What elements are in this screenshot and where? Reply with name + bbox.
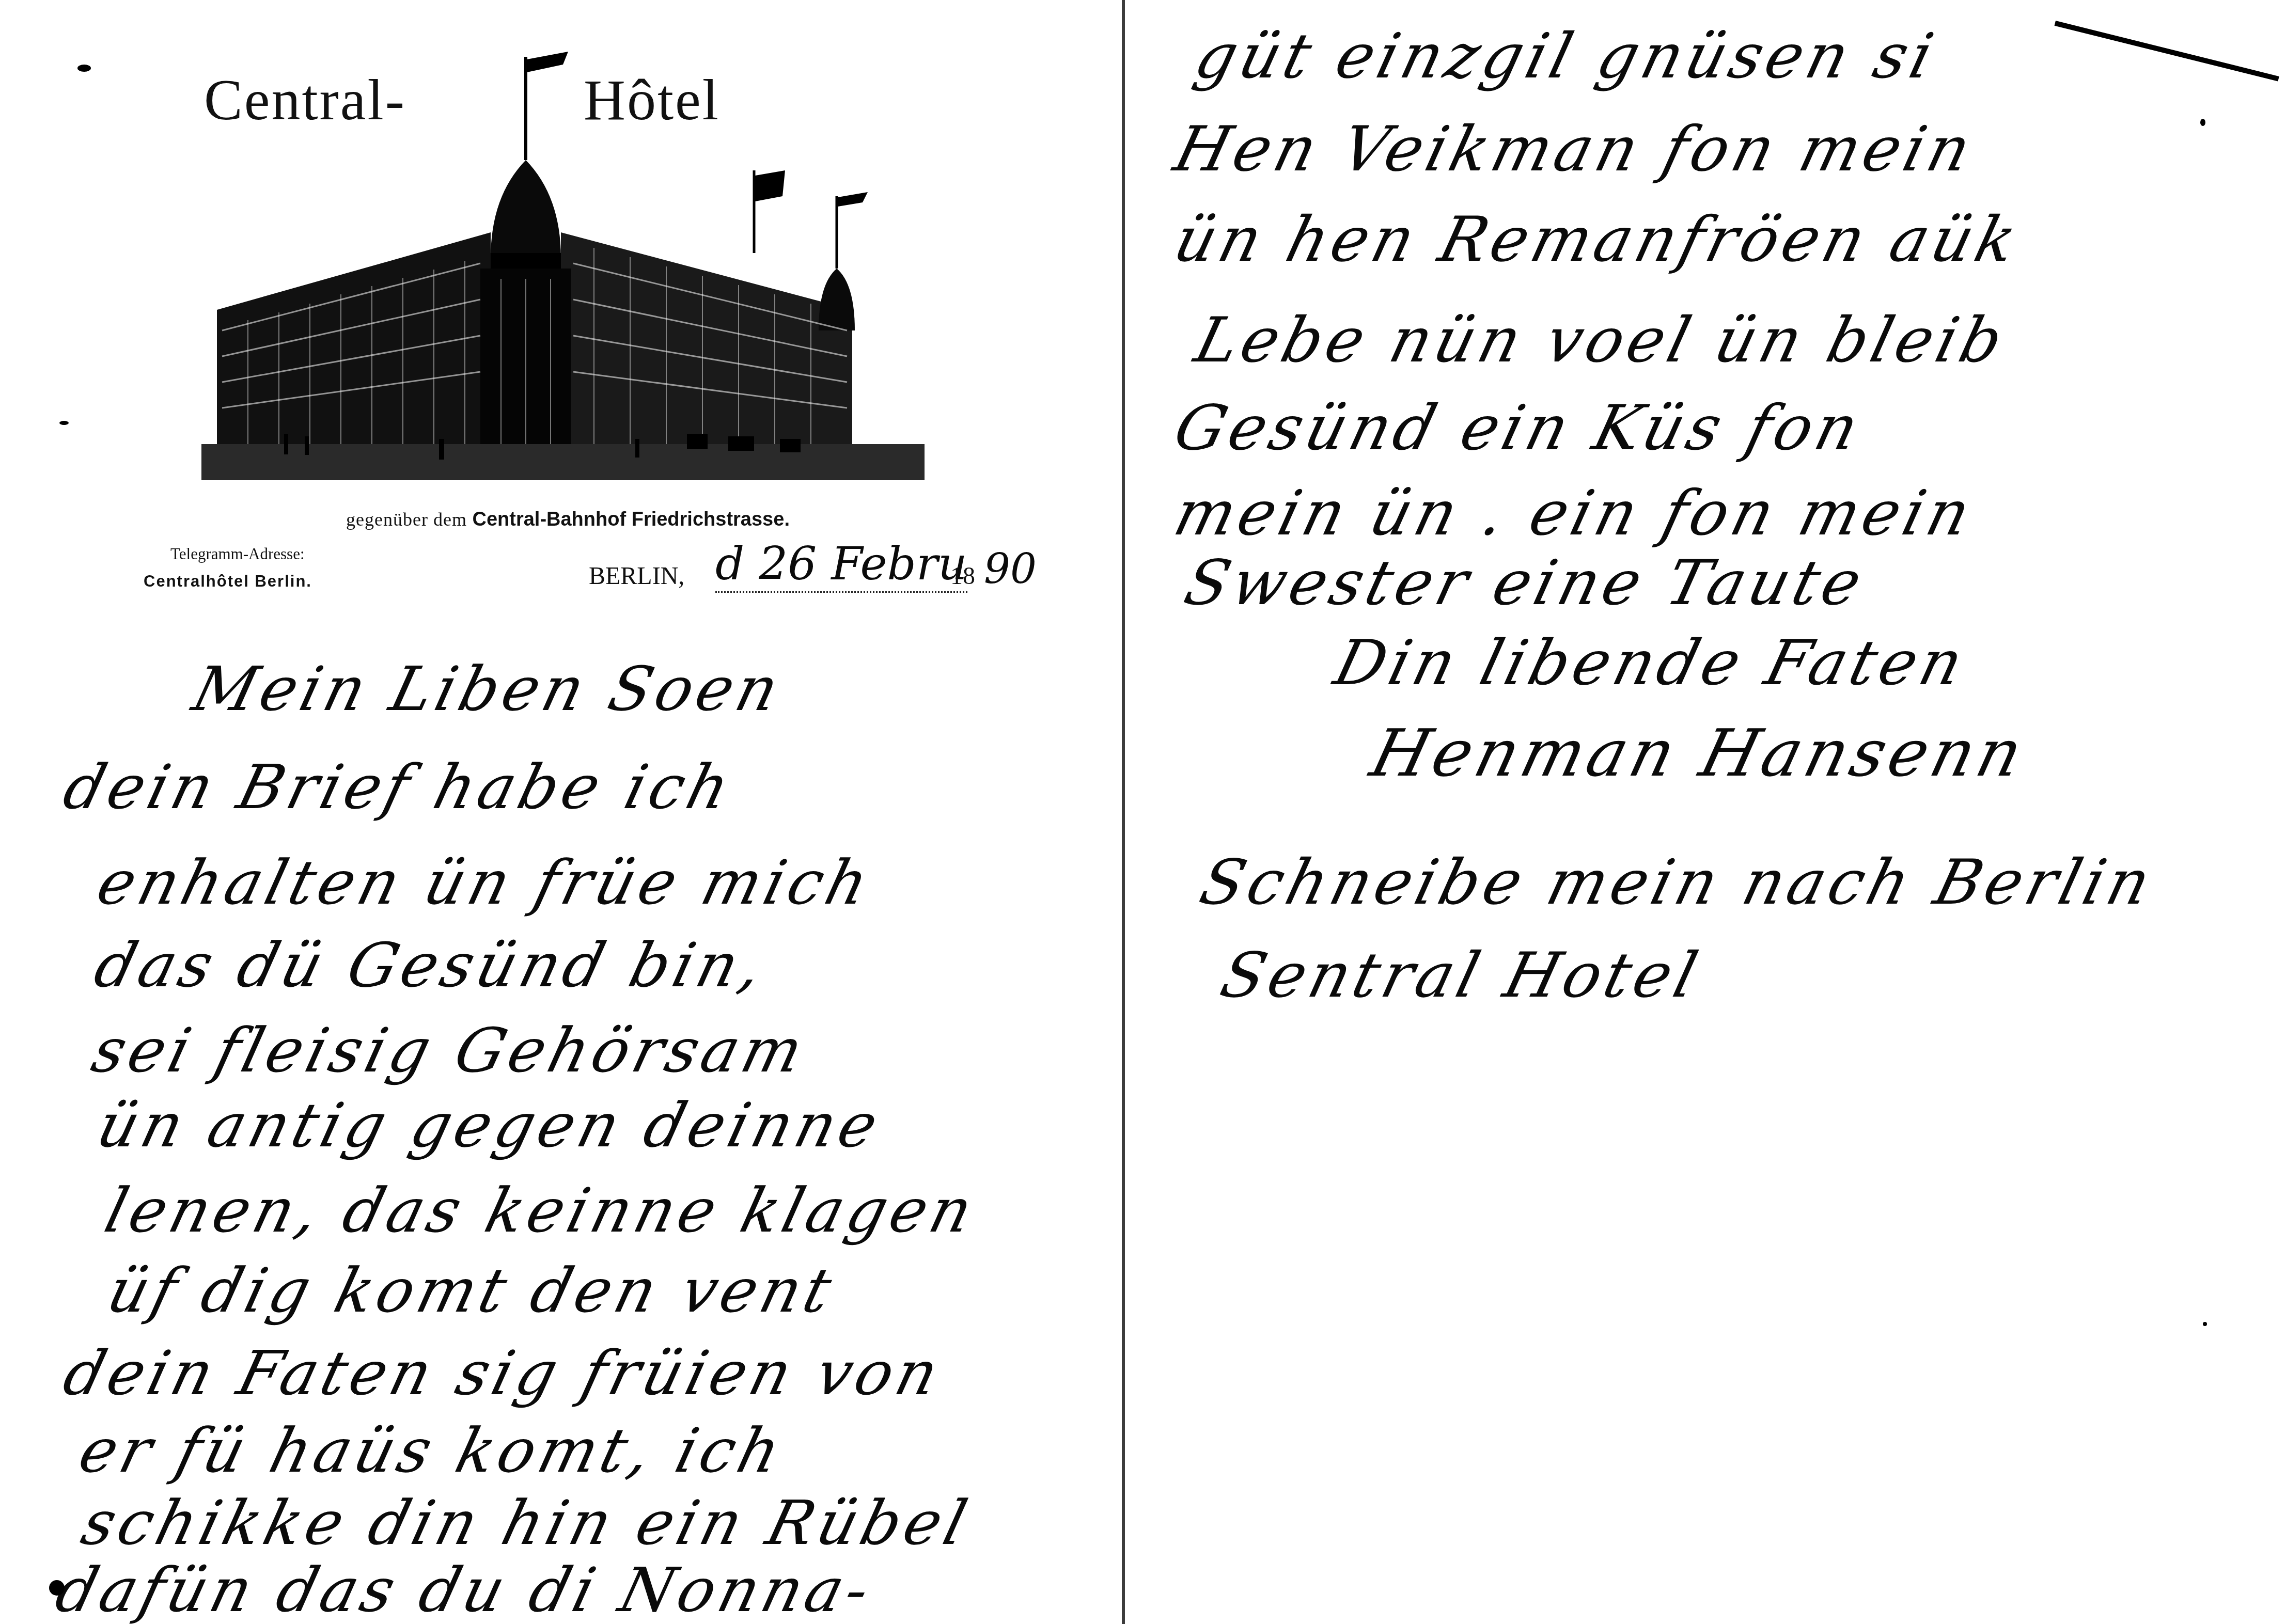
handwritten-date: d 26 Febru [715,537,967,593]
ink-speck [77,65,91,72]
tagline-prefix: gegenüber dem [346,509,467,530]
postscript-line: Schneibe mein nach Berlin [1193,847,2162,919]
ink-speck [59,421,69,425]
ink-speck [2203,1322,2207,1326]
letterhead-tagline: gegenüber dem Central-Bahnhof Friedrichs… [346,509,790,531]
letter-line: sei fleisig Gehörsam [85,1015,814,1086]
city-label: BERLIN, [589,562,684,590]
ink-speck [2200,119,2205,126]
page-fold-divider [1122,0,1125,1624]
letter-line: dafün das du di Nonna- [49,1554,881,1624]
letter-line: er fü haüs komt, ich [72,1415,791,1486]
letter-line: das dü Gesünd bin, [88,929,774,1001]
letter-page-left: Central- Hôtel gegenüber dem Central-Bah… [0,0,1126,1624]
letter-closing: Din libende Faten [1327,627,1974,699]
year-handwritten: 90 [984,545,1037,593]
hotel-title-right: Hôtel [584,67,720,134]
tagline-main: Central-Bahnhof Friedrichstrasse. [472,509,789,530]
letter-line: üf dig komt den vent [101,1255,842,1326]
letter-line: enhalten ün früe mich [90,847,880,918]
letter-line: Lebe nün voel ün bleib [1188,305,2014,376]
postscript-line: Sentral Hotel [1214,940,1708,1012]
letter-line: lenen, das keinne klagen [98,1175,983,1246]
letter-line: dein Faten sig früien von [57,1337,949,1409]
ink-speck [49,1580,65,1596]
letter-line: Mein Liben Soen [186,653,790,724]
letter-line: güt einzgil gnüsen si [1188,21,1944,92]
hotel-title-left: Central- [204,67,406,134]
letter-line: Hen Veikman fon mein [1167,114,1982,185]
letter-line: Gesünd ein Küs fon [1167,392,1869,464]
letter-line: ün hen Remanfröen aük [1167,204,2027,276]
telegram-address-label: Telegramm-Adresse: [170,545,305,563]
telegram-address-value: Centralhôtel Berlin. [144,572,312,591]
letter-page-right: güt einzgil gnüsen si Hen Veikman fon me… [1126,0,2286,1624]
letter-line: Swester eine Taute [1178,547,1873,619]
letter-line: ün antig gegen deinne [90,1090,889,1161]
letter-line: dein Brief habe ich [57,751,741,823]
letter-line: mein ün . ein fon mein [1167,478,1981,549]
signature: Henman Hansenn [1364,715,2034,791]
letter-line: schikke din hin ein Rübel [75,1487,978,1558]
year-printed: 18 [950,562,975,590]
